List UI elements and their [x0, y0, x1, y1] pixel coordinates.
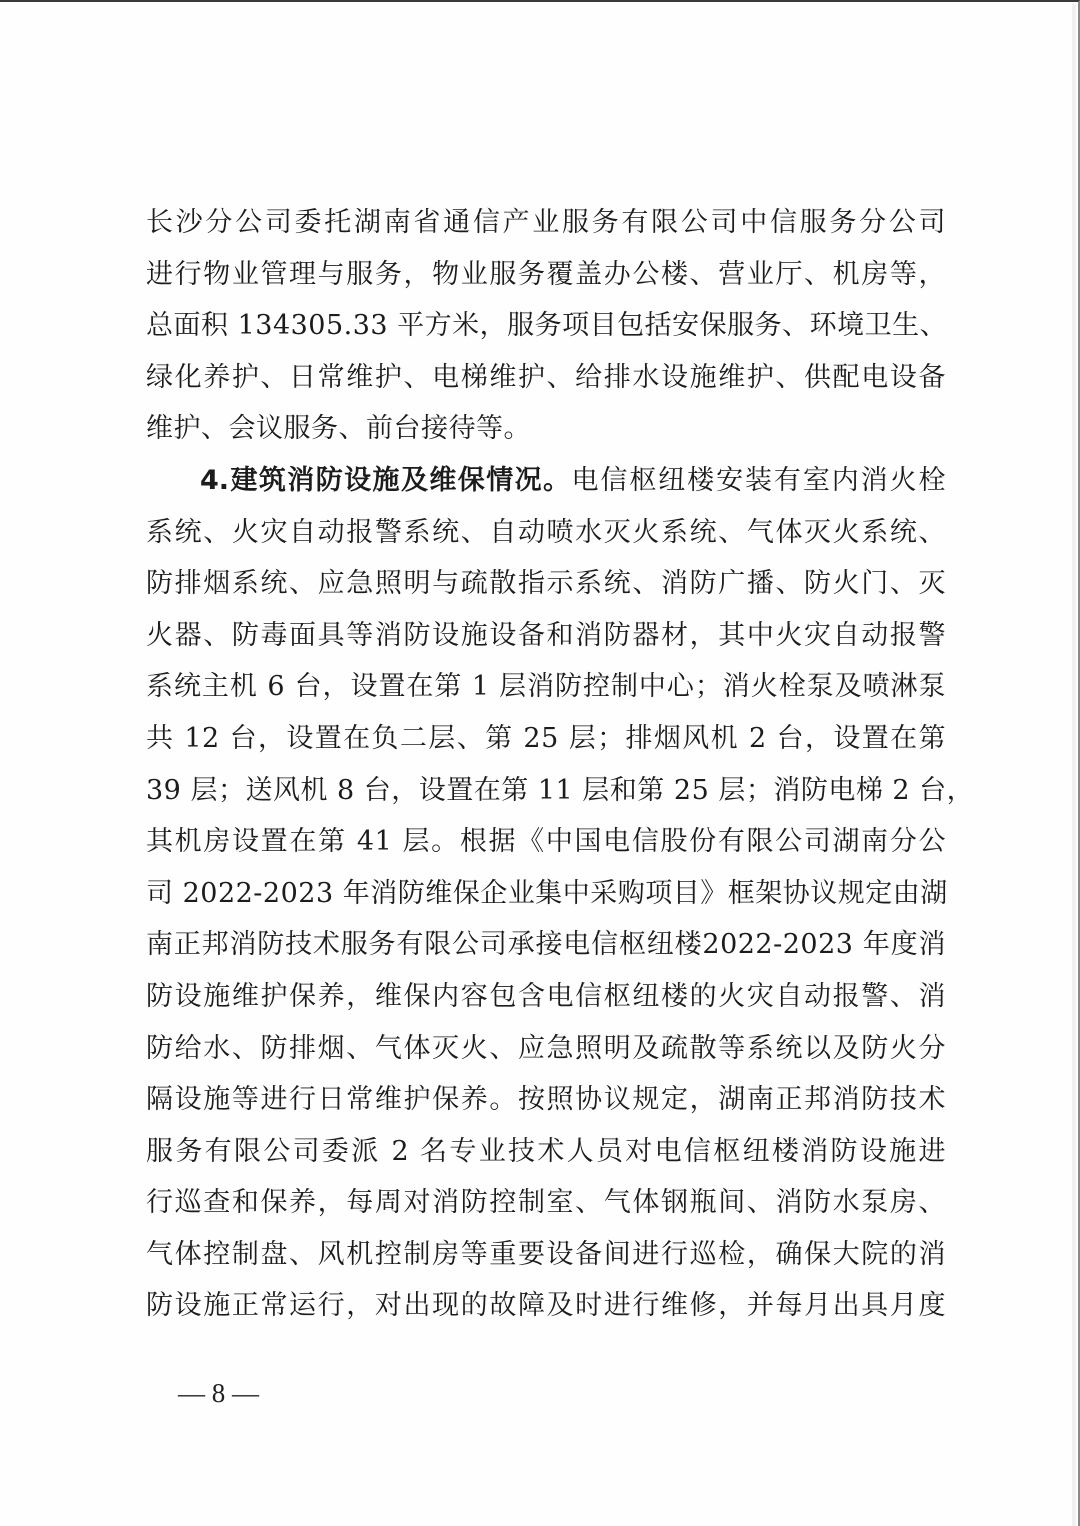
text-line: 39 层；送风机 8 台，设置在第 11 层和第 25 层；消防电梯 2 台，: [146, 765, 946, 817]
text-line: 防设施维护保养，维保内容包含电信枢纽楼的火灾自动报警、消: [146, 971, 946, 1023]
text-line: 气体控制盘、风机控制房等重要设备间进行巡检，确保大院的消: [146, 1229, 946, 1281]
text-line: 系统、火灾自动报警系统、自动喷水灭火系统、气体灭火系统、: [146, 507, 946, 559]
text-line: 其机房设置在第 41 层。根据《中国电信股份有限公司湖南分公: [146, 816, 946, 868]
paragraph-fire-facilities: 4.建筑消防设施及维保情况。电信枢纽楼安装有室内消火栓 系统、火灾自动报警系统、…: [146, 455, 946, 1332]
page-edge-shadow: [1072, 4, 1076, 1526]
text-line: 司 2022-2023 年消防维保企业集中采购项目》框架协议规定由湖: [146, 868, 946, 920]
paragraph-property-management: 长沙分公司委托湖南省通信产业服务有限公司中信服务分公司 进行物业管理与服务，物业…: [146, 197, 946, 455]
document-page: 长沙分公司委托湖南省通信产业服务有限公司中信服务分公司 进行物业管理与服务，物业…: [0, 0, 1080, 1526]
text-line: 服务有限公司委派 2 名专业技术人员对电信枢纽楼消防设施进: [146, 1126, 946, 1178]
text-line: 隔设施等进行日常维护保养。按照协议规定，湖南正邦消防技术: [146, 1074, 946, 1126]
document-body: 长沙分公司委托湖南省通信产业服务有限公司中信服务分公司 进行物业管理与服务，物业…: [146, 197, 946, 1332]
text-line: 维护、会议服务、前台接待等。: [146, 403, 946, 455]
text-line: 进行物业管理与服务，物业服务覆盖办公楼、营业厅、机房等，: [146, 249, 946, 301]
text-line: 南正邦消防技术服务有限公司承接电信枢纽楼2022-2023 年度消: [146, 919, 946, 971]
page-number: — 8 —: [178, 1378, 259, 1409]
section-heading: 4.建筑消防设施及维保情况。: [200, 465, 571, 496]
text-line: 防给水、防排烟、气体灭火、应急照明及疏散等系统以及防火分: [146, 1023, 946, 1075]
text-line: 系统主机 6 台，设置在第 1 层消防控制中心；消火栓泵及喷淋泵: [146, 661, 946, 713]
section-first-line: 4.建筑消防设施及维保情况。电信枢纽楼安装有室内消火栓: [146, 455, 946, 507]
text-line: 火器、防毒面具等消防设施设备和消防器材，其中火灾自动报警: [146, 610, 946, 662]
text-line: 共 12 台，设置在负二层、第 25 层；排烟风机 2 台，设置在第: [146, 713, 946, 765]
text-line: 总面积 134305.33 平方米，服务项目包括安保服务、环境卫生、: [146, 300, 946, 352]
text-line: 行巡查和保养，每周对消防控制室、气体钢瓶间、消防水泵房、: [146, 1177, 946, 1229]
text-line: 绿化养护、日常维护、电梯维护、给排水设施维护、供配电设备: [146, 352, 946, 404]
text-line: 长沙分公司委托湖南省通信产业服务有限公司中信服务分公司: [146, 197, 946, 249]
text-line: 防排烟系统、应急照明与疏散指示系统、消防广播、防火门、灭: [146, 558, 946, 610]
section-first-line-text: 电信枢纽楼安装有室内消火栓: [571, 465, 946, 496]
text-line: 防设施正常运行，对出现的故障及时进行维修，并每月出具月度: [146, 1280, 946, 1332]
